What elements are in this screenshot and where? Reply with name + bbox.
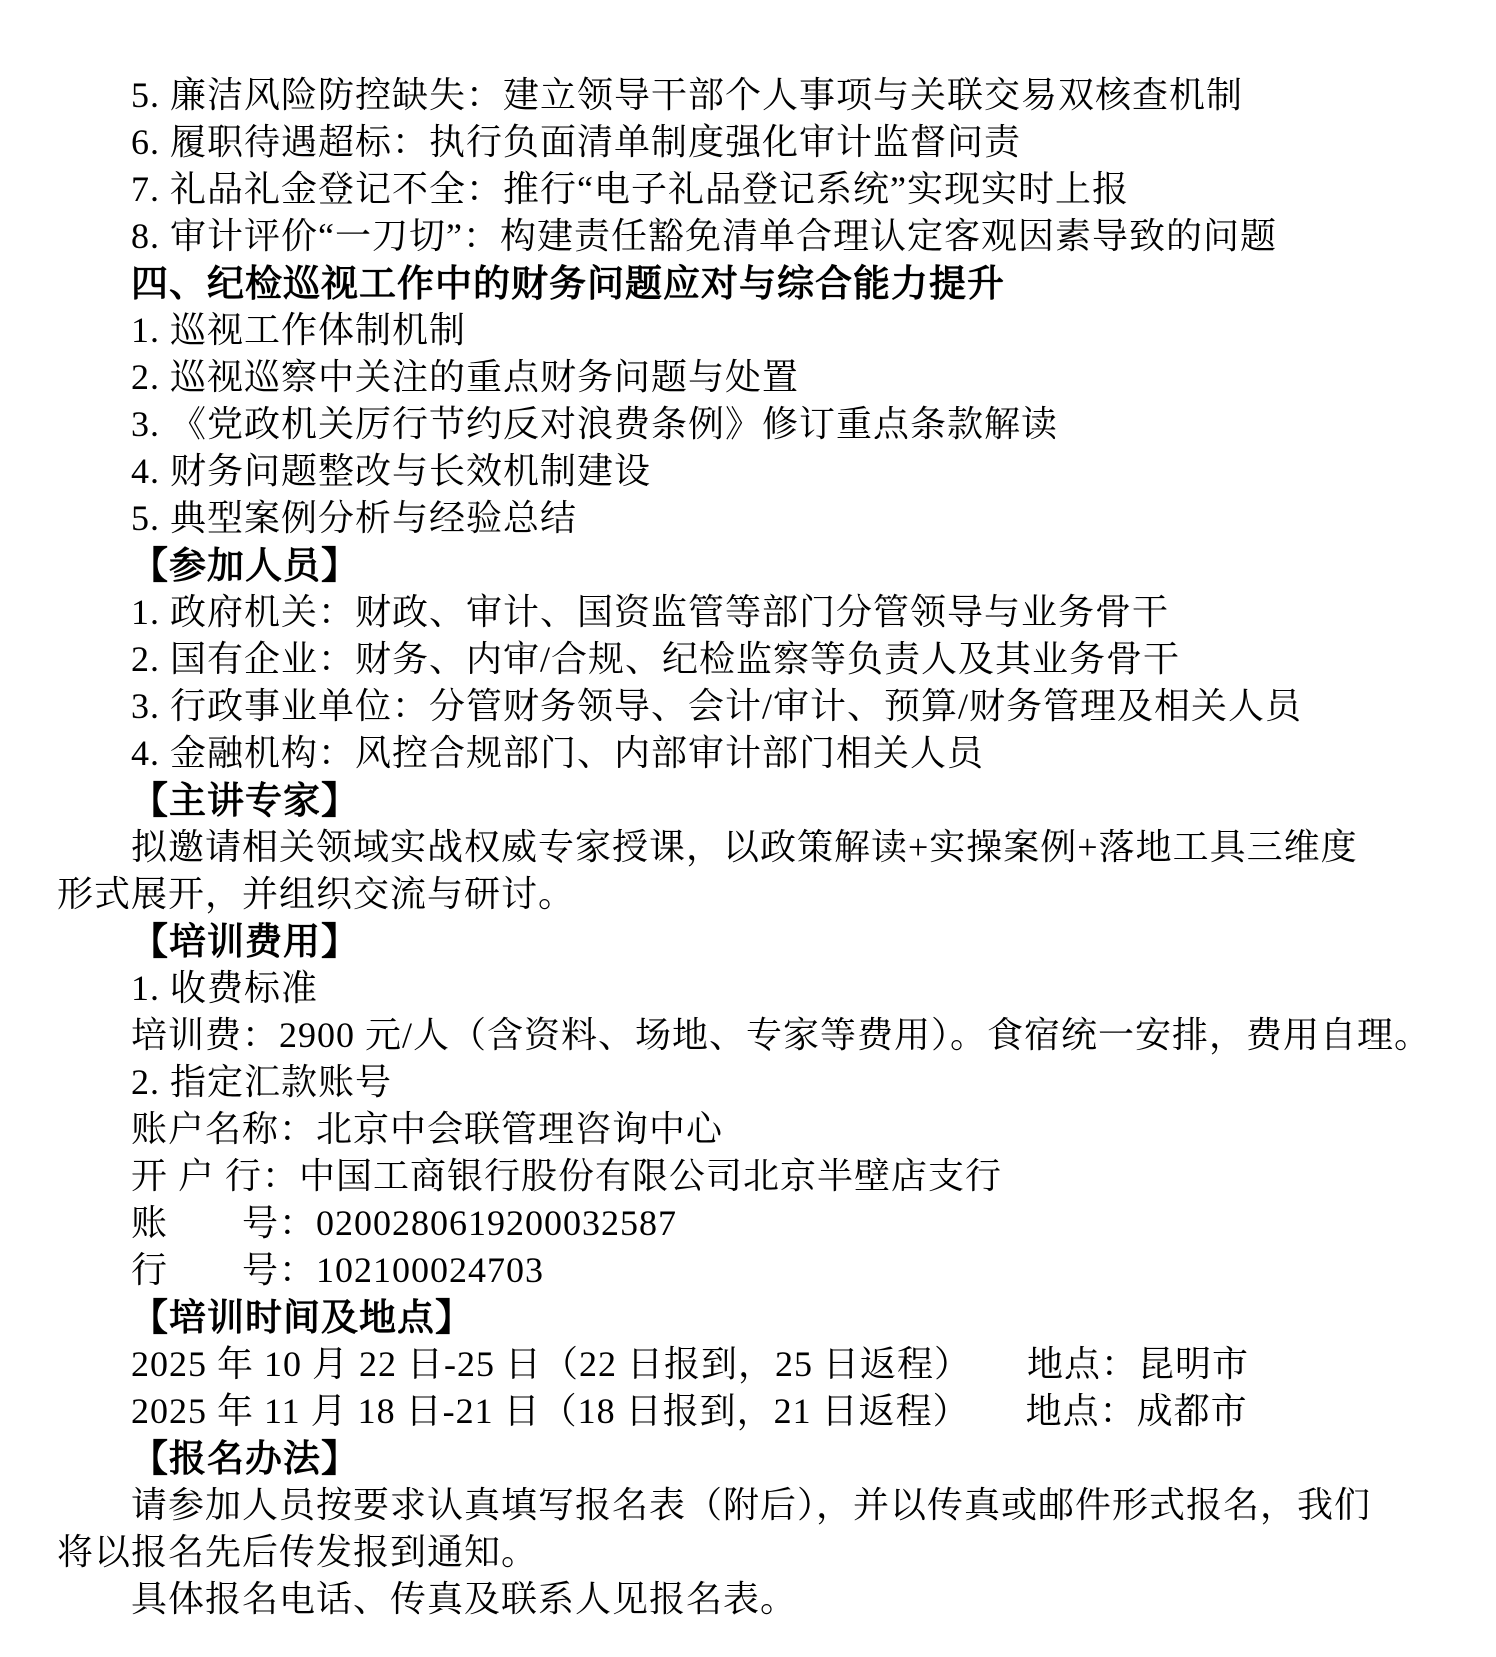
text-line: 4. 财务问题整改与长效机制建设 [57,448,1460,495]
text-line: 账户名称：北京中会联管理咨询中心 [57,1106,1460,1153]
text-line: 3. 行政事业单位：分管财务领导、会计/审计、预算/财务管理及相关人员 [57,683,1460,730]
section-heading: 【主讲专家】 [57,777,1460,824]
text-line: 5. 廉洁风险防控缺失：建立领导干部个人事项与关联交易双核查机制 [57,72,1460,119]
text-line: 行 号：102100024703 [57,1247,1460,1294]
text-line: 开 户 行：中国工商银行股份有限公司北京半壁店支行 [57,1153,1460,1200]
text-line: 1. 政府机关：财政、审计、国资监管等部门分管领导与业务骨干 [57,589,1460,636]
text-line: 2025 年 10 月 22 日-25 日（22 日报到，25 日返程） 地点：… [57,1341,1460,1388]
text-line: 2025 年 11 月 18 日-21 日（18 日报到，21 日返程） 地点：… [57,1388,1460,1435]
text-line: 5. 典型案例分析与经验总结 [57,495,1460,542]
text-line: 6. 履职待遇超标：执行负面清单制度强化审计监督问责 [57,119,1460,166]
text-line: 1. 收费标准 [57,965,1460,1012]
text-line: 请参加人员按要求认真填写报名表（附后），并以传真或邮件形式报名，我们 [57,1482,1460,1529]
text-line: 将以报名先后传发报到通知。 [57,1529,1460,1576]
text-line: 2. 指定汇款账号 [57,1059,1460,1106]
text-line: 拟邀请相关领域实战权威专家授课，以政策解读+实操案例+落地工具三维度 [57,824,1460,871]
section-heading: 【参加人员】 [57,542,1460,589]
text-line: 2. 巡视巡察中关注的重点财务问题与处置 [57,354,1460,401]
section-heading: 【报名办法】 [57,1435,1460,1482]
section-heading: 【培训费用】 [57,918,1460,965]
text-line: 7. 礼品礼金登记不全：推行“电子礼品登记系统”实现实时上报 [57,166,1460,213]
text-line: 1. 巡视工作体制机制 [57,307,1460,354]
text-line: 4. 金融机构：风控合规部门、内部审计部门相关人员 [57,730,1460,777]
text-line: 账 号：0200280619200032587 [57,1200,1460,1247]
text-line: 形式展开，并组织交流与研讨。 [57,871,1460,918]
text-line: 3. 《党政机关厉行节约反对浪费条例》修订重点条款解读 [57,401,1460,448]
text-line: 2. 国有企业：财务、内审/合规、纪检监察等负责人及其业务骨干 [57,636,1460,683]
document-page: 5. 廉洁风险防控缺失：建立领导干部个人事项与关联交易双核查机制6. 履职待遇超… [0,0,1496,1623]
text-line: 8. 审计评价“一刀切”：构建责任豁免清单合理认定客观因素导致的问题 [57,213,1460,260]
section-heading: 四、纪检巡视工作中的财务问题应对与综合能力提升 [57,260,1460,307]
text-line: 培训费：2900 元/人（含资料、场地、专家等费用）。食宿统一安排，费用自理。 [57,1012,1460,1059]
section-heading: 【培训时间及地点】 [57,1294,1460,1341]
text-line: 具体报名电话、传真及联系人见报名表。 [57,1576,1460,1623]
